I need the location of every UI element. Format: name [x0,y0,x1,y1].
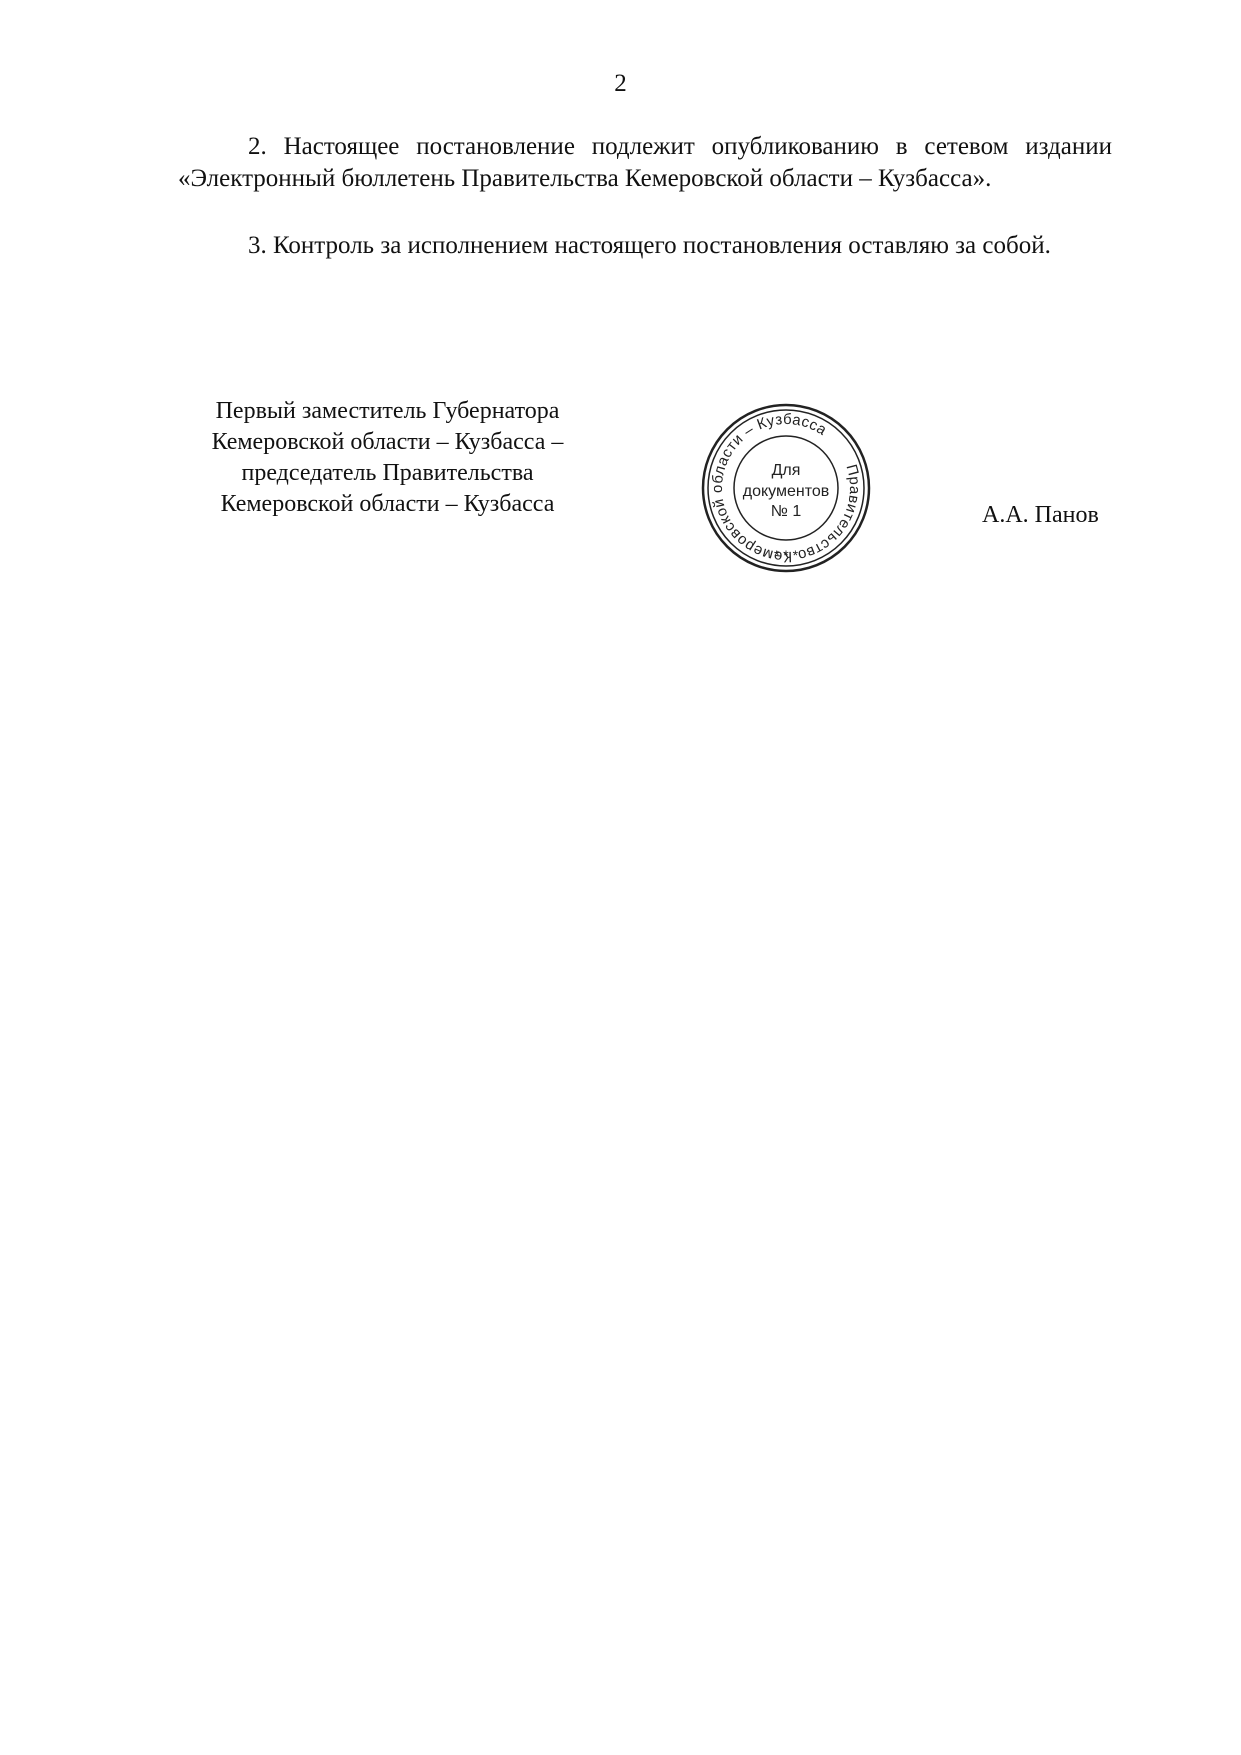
paragraph-control: 3. Контроль за исполнением настоящего по… [178,230,1112,262]
signatory-title: Первый заместитель Губернатора Кемеровск… [170,396,605,520]
page-number: 2 [0,70,1241,98]
official-stamp: Правительство Кемеровской области – Кузб… [700,402,872,574]
stamp-center-line: документов [743,483,830,500]
title-line: Первый заместитель Губернатора [170,396,605,427]
stamp-center-line: Для [772,462,801,479]
paragraph-text: 3. Контроль за исполнением настоящего по… [248,232,1051,259]
title-line: Кемеровской области – Кузбасса – [170,427,605,458]
title-line: Кемеровской области – Кузбасса [170,489,605,520]
title-line: председатель Правительства [170,458,605,489]
paragraph-text: 2. Настоящее постановление подлежит опуб… [178,133,1112,192]
paragraph-publication: 2. Настоящее постановление подлежит опуб… [178,131,1112,195]
signatory-name: А.А. Панов [982,502,1099,529]
stamp-stars: * * * [774,547,799,563]
stamp-center-line: № 1 [771,503,802,520]
stamp-seal-icon: Правительство Кемеровской области – Кузб… [700,402,872,574]
